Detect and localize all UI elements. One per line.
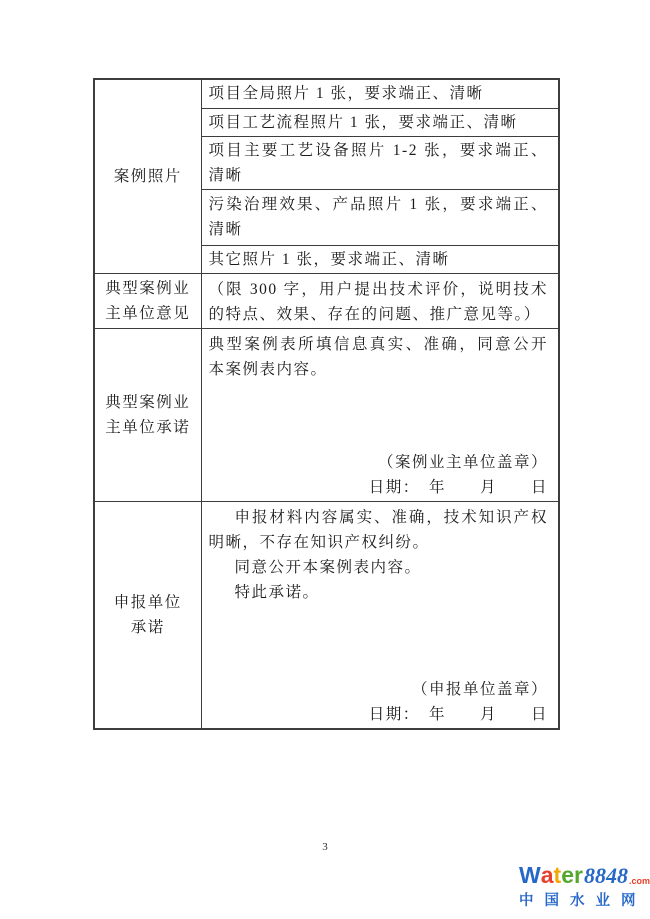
logo-tld: .com (629, 877, 650, 886)
logo-wordmark: W a t e r 8848 .com (519, 864, 650, 887)
applicant-promise-text: 特此承诺。 (209, 580, 549, 605)
logo-letter: a (541, 864, 554, 887)
document-page: 案例照片 项目全局照片 1 张，要求端正、清晰 项目工艺流程照片 1 张，要求端… (0, 0, 650, 919)
case-form-table: 案例照片 项目全局照片 1 张，要求端正、清晰 项目工艺流程照片 1 张，要求端… (93, 78, 560, 730)
photo-requirement-item: 其它照片 1 张，要求端正、清晰 (201, 245, 559, 273)
water8848-logo: W a t e r 8848 .com 中国水业网 (519, 864, 650, 910)
row-label-applicant-promise: 申报单位 承诺 (94, 501, 201, 729)
logo-letter: t (554, 864, 562, 887)
row-label-owner-promise: 典型案例业 主单位承诺 (94, 328, 201, 501)
logo-letter: W (519, 864, 541, 887)
page-number: 3 (0, 841, 650, 853)
photo-requirement-item: 污染治理效果、产品照片 1 张，要求端正、清晰 (201, 189, 559, 245)
row-label-owner-opinion: 典型案例业 主单位意见 (94, 273, 201, 328)
applicant-promise-text: 申报材料内容属实、准确，技术知识产权明晰，不存在知识产权纠纷。 (209, 505, 549, 555)
photo-requirement-item: 项目主要工艺设备照片 1-2 张，要求端正、清晰 (201, 136, 559, 189)
table-row: 典型案例业 主单位承诺 典型案例表所填信息真实、准确，同意公开本案例表内容。 （… (94, 328, 559, 501)
owner-promise-cell: 典型案例表所填信息真实、准确，同意公开本案例表内容。 （案例业主单位盖章） 日期… (201, 328, 559, 501)
applicant-promise-text: 同意公开本案例表内容。 (209, 555, 549, 580)
logo-letter: e (561, 864, 574, 887)
applicant-promise-cell: 申报材料内容属实、准确，技术知识产权明晰，不存在知识产权纠纷。 同意公开本案例表… (201, 501, 559, 729)
table-row: 申报单位 承诺 申报材料内容属实、准确，技术知识产权明晰，不存在知识产权纠纷。 … (94, 501, 559, 729)
row-label-case-photos: 案例照片 (94, 79, 201, 273)
logo-letter: r (574, 864, 583, 887)
owner-promise-text: 典型案例表所填信息真实、准确，同意公开本案例表内容。 (209, 332, 549, 382)
logo-number: 8848 (584, 865, 628, 887)
photo-requirement-item: 项目全局照片 1 张，要求端正、清晰 (201, 79, 559, 108)
photo-requirement-item: 项目工艺流程照片 1 张，要求端正、清晰 (201, 108, 559, 136)
table-row: 案例照片 项目全局照片 1 张，要求端正、清晰 (94, 79, 559, 108)
table-row: 典型案例业 主单位意见 （限 300 字，用户提出技术评价，说明技术的特点、效果… (94, 273, 559, 328)
owner-opinion-content: （限 300 字，用户提出技术评价，说明技术的特点、效果、存在的问题、推广意见等… (201, 273, 559, 328)
owner-stamp-line: （案例业主单位盖章） (209, 450, 549, 475)
logo-subtitle: 中国水业网 (519, 889, 650, 910)
applicant-date-line: 日期： 年 月 日 (209, 702, 549, 727)
applicant-stamp-line: （申报单位盖章） (209, 677, 549, 702)
owner-date-line: 日期： 年 月 日 (209, 475, 549, 500)
